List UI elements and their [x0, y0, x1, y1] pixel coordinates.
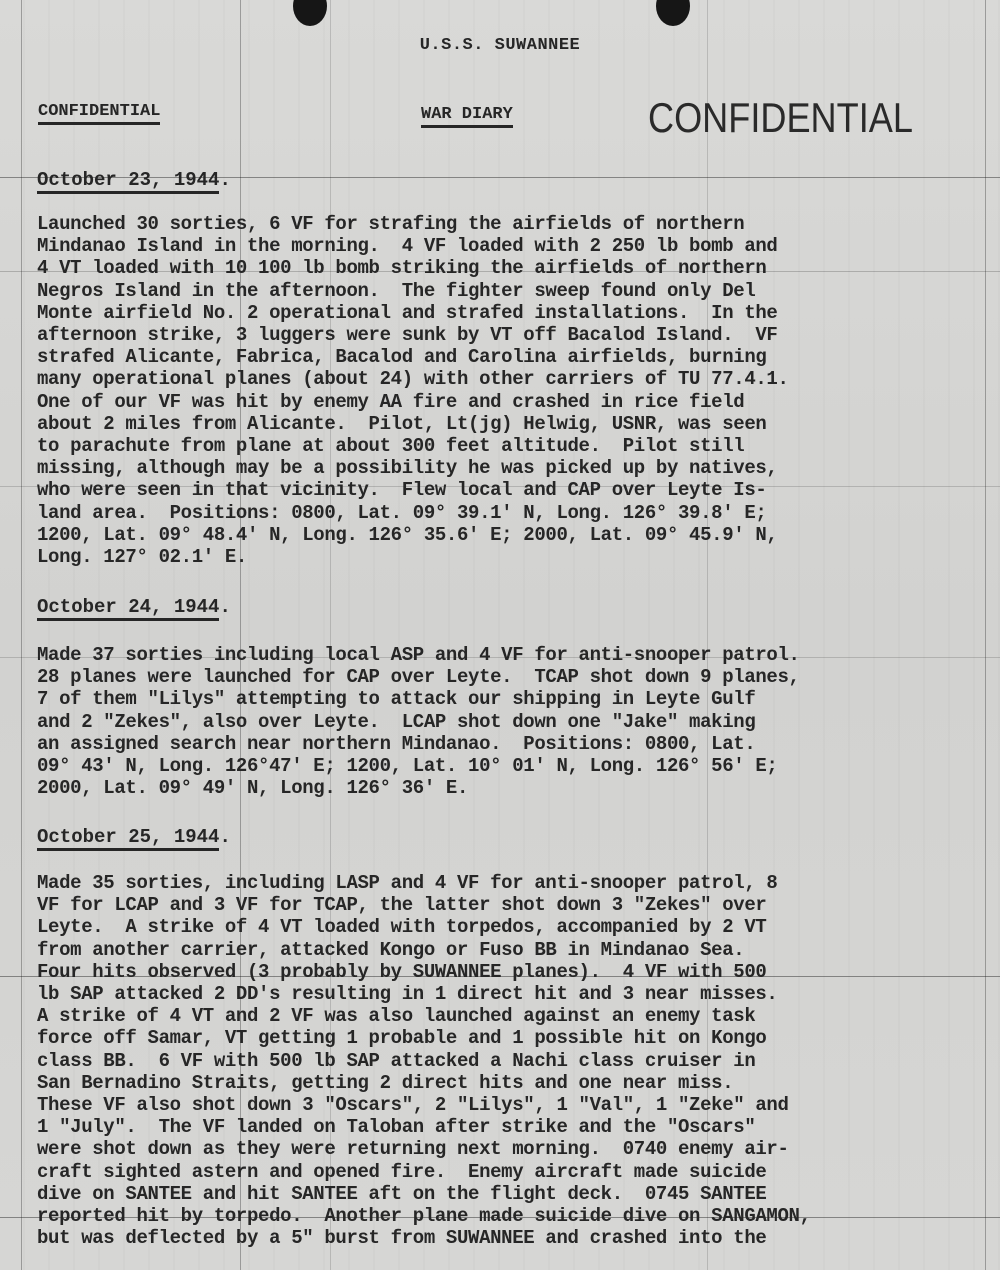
- text-line: VF for LCAP and 3 VF for TCAP, the latte…: [37, 894, 937, 916]
- entry-body: Made 37 sorties including local ASP and …: [37, 644, 937, 799]
- entry-date: October 25, 1944.: [37, 827, 231, 847]
- text-line: land area. Positions: 0800, Lat. 09° 39.…: [37, 502, 937, 524]
- entry-date-text: October 25, 1944: [37, 826, 219, 851]
- text-line: 1200, Lat. 09° 48.4' N, Long. 126° 35.6'…: [37, 524, 937, 546]
- ship-name: U.S.S. SUWANNEE: [0, 36, 1000, 55]
- punch-hole: [293, 0, 327, 26]
- entry-body: Launched 30 sorties, 6 VF for strafing t…: [37, 213, 937, 568]
- text-line: Made 35 sorties, including LASP and 4 VF…: [37, 872, 937, 894]
- text-line: who were seen in that vicinity. Flew loc…: [37, 479, 937, 501]
- text-line: 09° 43' N, Long. 126°47' E; 1200, Lat. 1…: [37, 755, 937, 777]
- text-line: reported hit by torpedo. Another plane m…: [37, 1205, 937, 1227]
- scan-line: [21, 0, 22, 1270]
- text-line: 2000, Lat. 09° 49' N, Long. 126° 36' E.: [37, 777, 937, 799]
- text-line: 1 "July". The VF landed on Taloban after…: [37, 1116, 937, 1138]
- text-line: 28 planes were launched for CAP over Ley…: [37, 666, 937, 688]
- text-line: and 2 "Zekes", also over Leyte. LCAP sho…: [37, 711, 937, 733]
- text-line: but was deflected by a 5" burst from SUW…: [37, 1227, 937, 1249]
- entry-date-text: October 24, 1944: [37, 596, 219, 621]
- text-line: Monte airfield No. 2 operational and str…: [37, 302, 937, 324]
- text-line: One of our VF was hit by enemy AA fire a…: [37, 391, 937, 413]
- text-line: 4 VT loaded with 10 100 lb bomb striking…: [37, 257, 937, 279]
- text-line: Made 37 sorties including local ASP and …: [37, 644, 937, 666]
- text-line: craft sighted astern and opened fire. En…: [37, 1161, 937, 1183]
- text-line: many operational planes (about 24) with …: [37, 368, 937, 390]
- text-line: dive on SANTEE and hit SANTEE aft on the…: [37, 1183, 937, 1205]
- text-line: lb SAP attacked 2 DD's resulting in 1 di…: [37, 983, 937, 1005]
- text-line: an assigned search near northern Mindana…: [37, 733, 937, 755]
- document-title: WAR DIARY: [421, 106, 513, 128]
- text-line: afternoon strike, 3 luggers were sunk by…: [37, 324, 937, 346]
- classification-stamp: CONFIDENTIAL: [648, 94, 913, 142]
- text-line: Launched 30 sorties, 6 VF for strafing t…: [37, 213, 937, 235]
- text-line: San Bernadino Straits, getting 2 direct …: [37, 1072, 937, 1094]
- text-line: about 2 miles from Alicante. Pilot, Lt(j…: [37, 413, 937, 435]
- text-line: force off Samar, VT getting 1 probable a…: [37, 1027, 937, 1049]
- text-line: to parachute from plane at about 300 fee…: [37, 435, 937, 457]
- text-line: were shot down as they were returning ne…: [37, 1138, 937, 1160]
- classification-label: CONFIDENTIAL: [38, 103, 160, 125]
- scan-line: [985, 0, 986, 1270]
- document-page: U.S.S. SUWANNEE CONFIDENTIAL WAR DIARY C…: [0, 0, 1000, 1270]
- punch-hole: [656, 0, 690, 26]
- text-line: 7 of them "Lilys" attempting to attack o…: [37, 688, 937, 710]
- entry-date-text: October 23, 1944: [37, 169, 219, 194]
- entry-date: October 24, 1944.: [37, 597, 231, 617]
- text-line: These VF also shot down 3 "Oscars", 2 "L…: [37, 1094, 937, 1116]
- text-line: Long. 127° 02.1' E.: [37, 546, 937, 568]
- text-line: Mindanao Island in the morning. 4 VF loa…: [37, 235, 937, 257]
- text-line: Leyte. A strike of 4 VT loaded with torp…: [37, 916, 937, 938]
- text-line: Negros Island in the afternoon. The figh…: [37, 280, 937, 302]
- text-line: strafed Alicante, Fabrica, Bacalod and C…: [37, 346, 937, 368]
- text-line: from another carrier, attacked Kongo or …: [37, 939, 937, 961]
- text-line: missing, although may be a possibility h…: [37, 457, 937, 479]
- entry-body: Made 35 sorties, including LASP and 4 VF…: [37, 872, 937, 1249]
- text-line: class BB. 6 VF with 500 lb SAP attacked …: [37, 1050, 937, 1072]
- text-line: A strike of 4 VT and 2 VF was also launc…: [37, 1005, 937, 1027]
- text-line: Four hits observed (3 probably by SUWANN…: [37, 961, 937, 983]
- entry-date: October 23, 1944.: [37, 170, 231, 190]
